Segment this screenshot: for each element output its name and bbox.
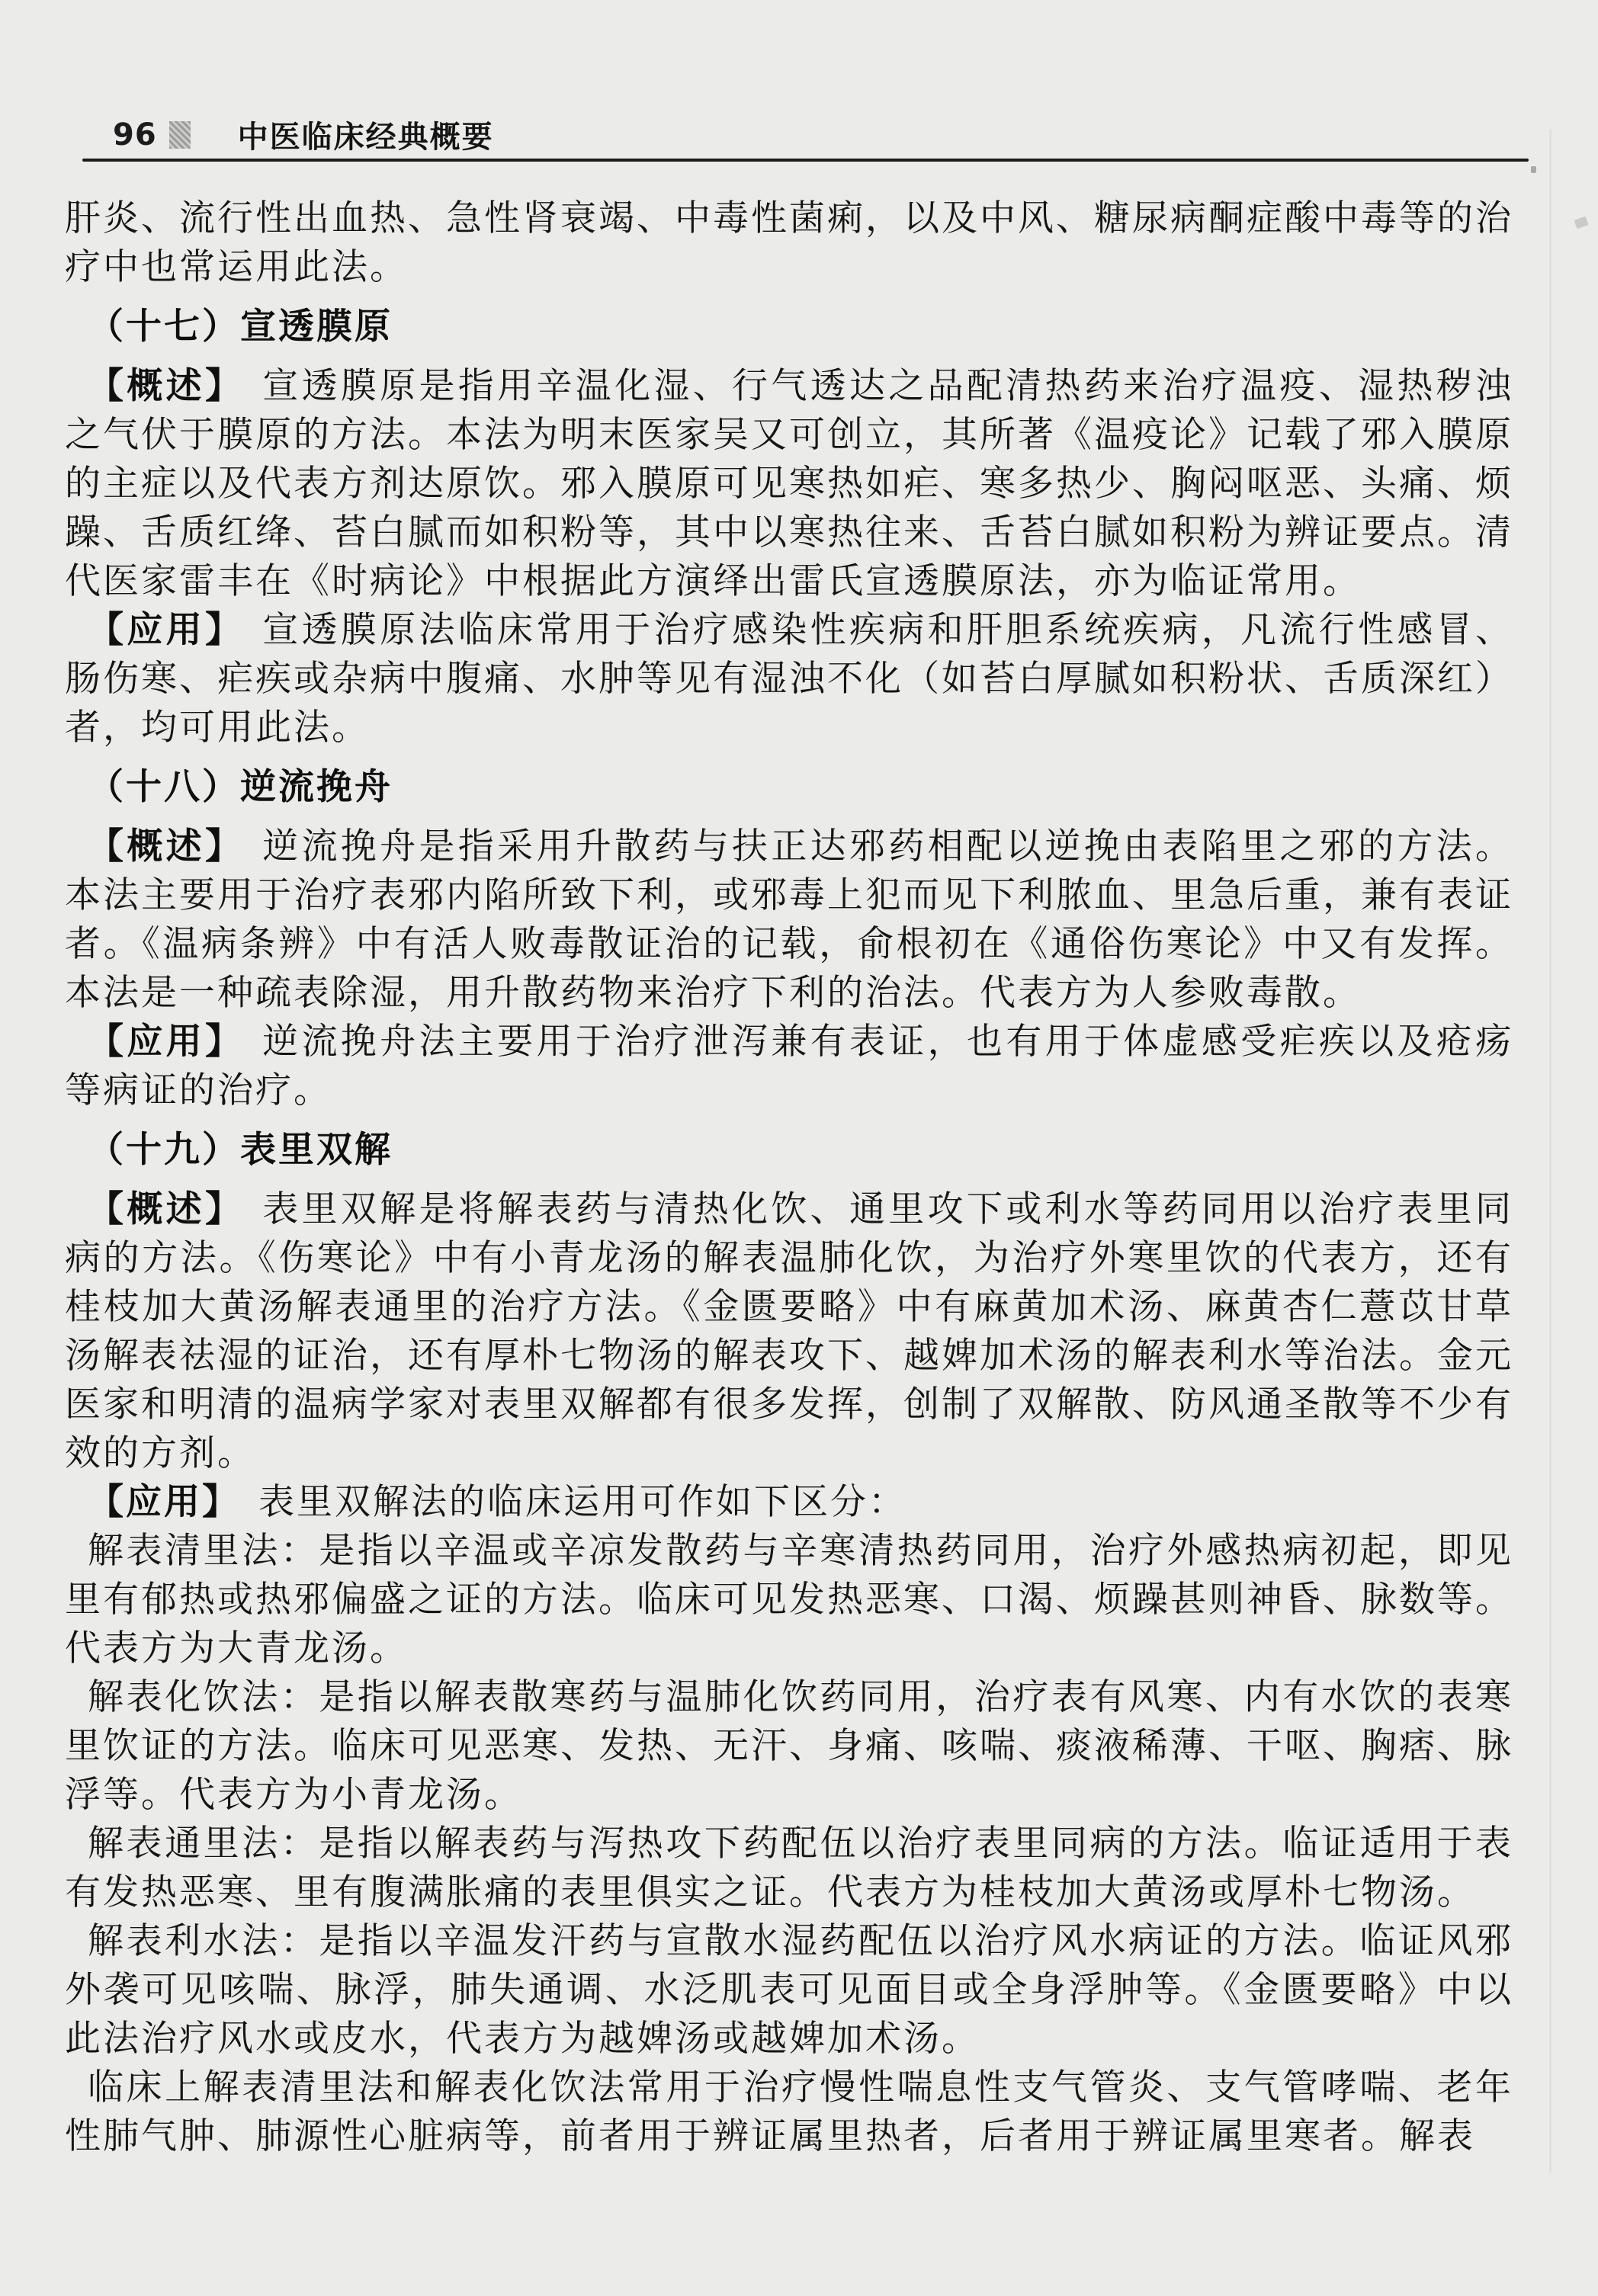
paragraph-text: 逆流挽舟是指采用升散药与扶正达邪药相配以逆挽由表陷里之邪的方法。本法主要用于治疗… [65, 827, 1513, 1013]
paragraph-text: 解表通里法：是指以解表药与泻热攻下药配伍以治疗表里同病的方法。临证适用于表有发热… [65, 1824, 1513, 1913]
paragraph-application-18: 【应用】逆流挽舟法主要用于治疗泄泻兼有表证，也有用于体虚感受疟疾以及疮疡等病证的… [65, 1018, 1513, 1115]
paragraph-label: 【应用】 [88, 609, 244, 651]
paragraph-text: 解表利水法：是指以辛温发汗药与宣散水湿药配伍以治疗风水病证的方法。临证风邪外袭可… [65, 1922, 1513, 2059]
book-page: 96 中医临床经典概要 肝炎、流行性出血热、急性肾衰竭、中毒性菌痢，以及中风、糖… [0, 0, 1598, 2296]
scan-speck [1531, 166, 1536, 173]
paragraph-label: 【概述】 [88, 1188, 244, 1230]
paragraph-text: 表里双解是将解表药与清热化饮、通里攻下或利水等药同用以治疗表里同病的方法。《伤寒… [65, 1190, 1513, 1473]
section-heading-17: （十七）宣透膜原 [65, 303, 1513, 351]
page-header: 96 中医临床经典概要 [113, 113, 494, 156]
paragraph-application-19: 【应用】表里双解法的临床运用可作如下区分： [65, 1478, 1513, 1527]
paragraph-application-17: 【应用】宣透膜原法临床常用于治疗感染性疾病和肝胆系统疾病，凡流行性感冒、肠伤寒、… [65, 606, 1513, 752]
paragraph-text: 宣透膜原是指用辛温化湿、行气透达之品配清热药来治疗温疫、湿热秽浊之气伏于膜原的方… [65, 367, 1513, 601]
paragraph-method-jiebiao-huayin: 解表化饮法：是指以解表散寒药与温肺化饮药同用，治疗表有风寒、内有水饮的表寒里饮证… [65, 1673, 1513, 1820]
paragraph-overview-17: 【概述】宣透膜原是指用辛温化湿、行气透达之品配清热药来治疗温疫、湿热秽浊之气伏于… [65, 362, 1513, 606]
paragraph-label: 【应用】 [88, 1021, 244, 1063]
scan-streak-artifact [1549, 130, 1551, 2173]
paragraph-clinical-note: 临床上解表清里法和解表化饮法常用于治疗慢性喘息性支气管炎、支气管哮喘、老年性肺气… [65, 2064, 1513, 2161]
paragraph-overview-19: 【概述】表里双解是将解表药与清热化饮、通里攻下或利水等药同用以治疗表里同病的方法… [65, 1185, 1513, 1478]
paragraph-overview-18: 【概述】逆流挽舟是指采用升散药与扶正达邪药相配以逆挽由表陷里之邪的方法。本法主要… [65, 823, 1513, 1018]
paragraph-text: 表里双解法的临床运用可作如下区分： [258, 1483, 906, 1522]
paragraph-text: 解表清里法：是指以辛温或辛凉发散药与辛寒清热药同用，治疗外感热病初起，即见里有郁… [65, 1531, 1513, 1669]
paragraph-method-jiebiao-lishui: 解表利水法：是指以辛温发汗药与宣散水湿药配伍以治疗风水病证的方法。临证风邪外袭可… [65, 1917, 1513, 2064]
scan-speck [1574, 216, 1588, 229]
paragraph-text: 肝炎、流行性出血热、急性肾衰竭、中毒性菌痢，以及中风、糖尿病酮症酸中毒等的治疗中… [65, 199, 1513, 287]
page-body: 肝炎、流行性出血热、急性肾衰竭、中毒性菌痢，以及中风、糖尿病酮症酸中毒等的治疗中… [65, 194, 1513, 2161]
paragraph-label: 【概述】 [88, 826, 244, 867]
header-rule [82, 159, 1529, 162]
paragraph-label: 【概述】 [88, 365, 244, 407]
ornament-square-icon [169, 121, 191, 149]
section-heading-19: （十九）表里双解 [65, 1126, 1513, 1175]
paragraph-text: 临床上解表清里法和解表化饮法常用于治疗慢性喘息性支气管炎、支气管哮喘、老年性肺气… [65, 2068, 1513, 2157]
paragraph-method-jiebiao-tongli: 解表通里法：是指以解表药与泻热攻下药配伍以治疗表里同病的方法。临证适用于表有发热… [65, 1820, 1513, 1917]
section-heading-18: （十八）逆流挽舟 [65, 763, 1513, 812]
page-number: 96 [113, 117, 157, 152]
paragraph-text: 解表化饮法：是指以解表散寒药与温肺化饮药同用，治疗表有风寒、内有水饮的表寒里饮证… [65, 1678, 1513, 1815]
paragraph-text: 宣透膜原法临床常用于治疗感染性疾病和肝胆系统疾病，凡流行性感冒、肠伤寒、疟疾或杂… [65, 611, 1513, 748]
book-title: 中医临床经典概要 [238, 113, 494, 156]
paragraph-text: 逆流挽舟法主要用于治疗泄泻兼有表证，也有用于体虚感受疟疾以及疮疡等病证的治疗。 [65, 1022, 1513, 1111]
paragraph-method-jiebiao-qingli: 解表清里法：是指以辛温或辛凉发散药与辛寒清热药同用，治疗外感热病初起，即见里有郁… [65, 1527, 1513, 1673]
paragraph-continuation: 肝炎、流行性出血热、急性肾衰竭、中毒性菌痢，以及中风、糖尿病酮症酸中毒等的治疗中… [65, 194, 1513, 292]
paragraph-label: 【应用】 [88, 1481, 240, 1523]
